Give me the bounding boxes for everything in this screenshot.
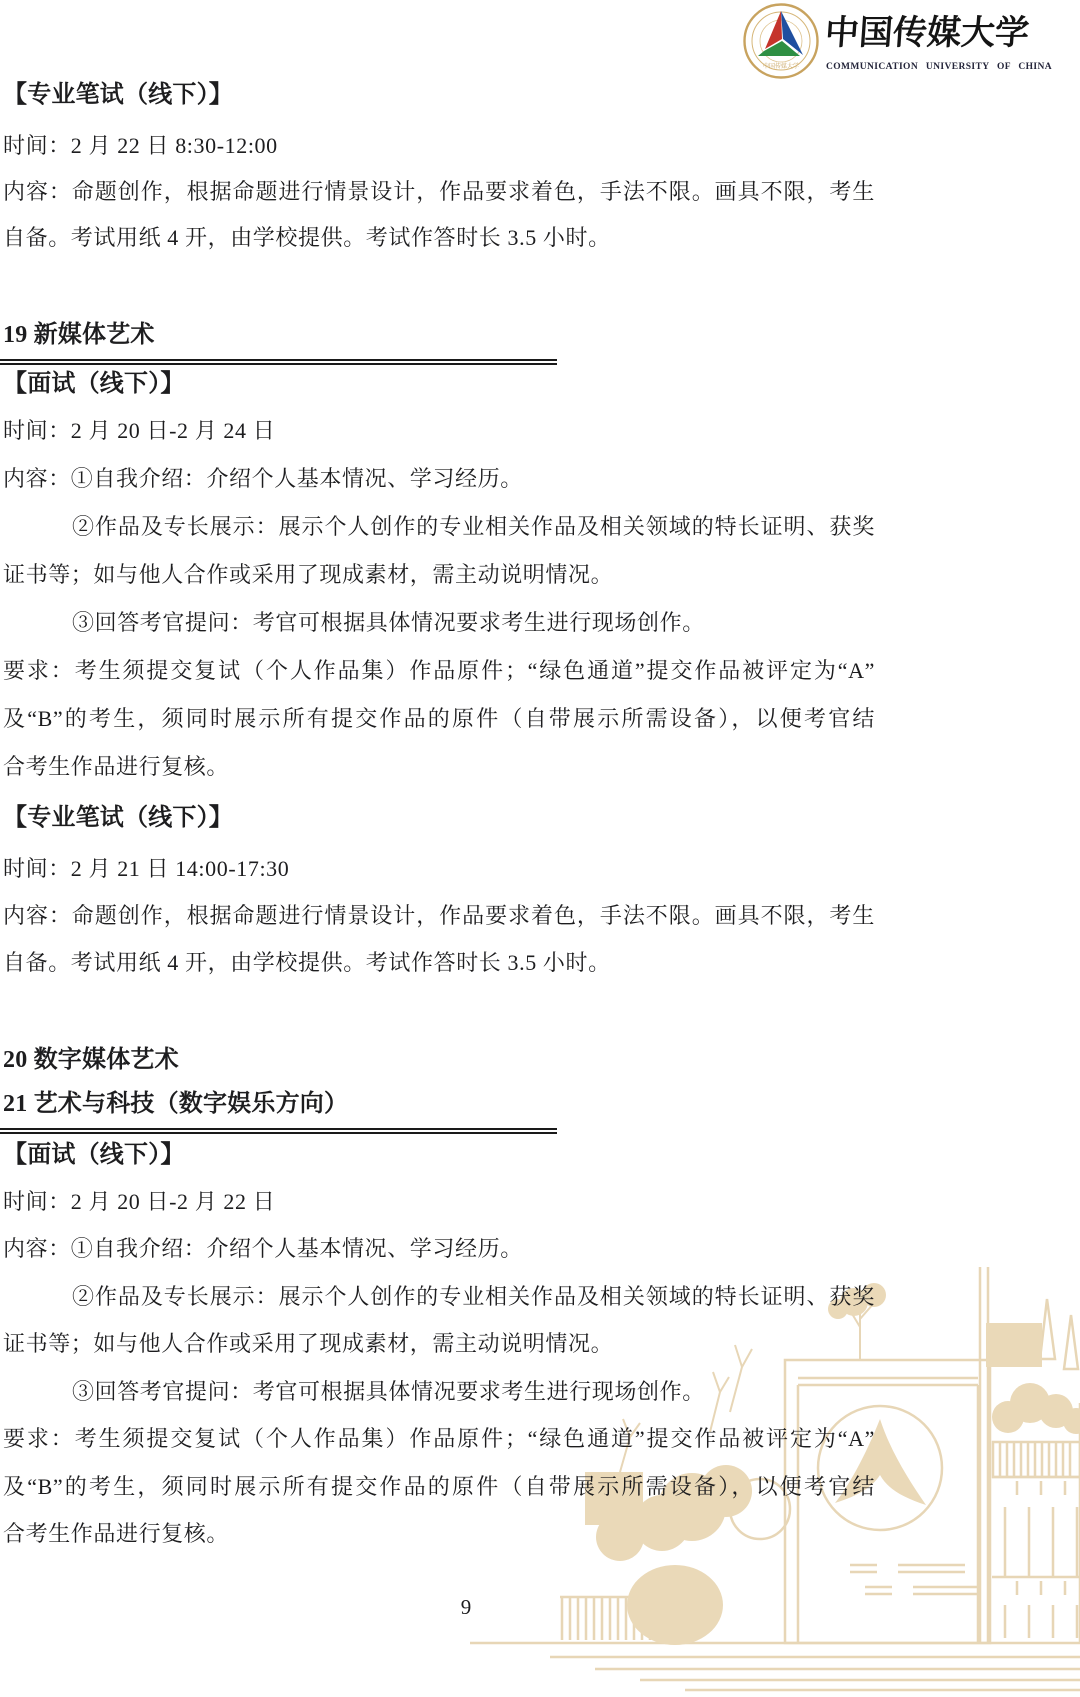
page-number: 9 [0,1595,932,1620]
m19-interview-content-2: ②作品及专长展示：展示个人创作的专业相关作品及相关领域的特长证明、获奖 [3,511,875,543]
m19-written-content-1: 内容：命题创作，根据命题进行情景设计，作品要求着色，手法不限。画具不限，考生 [3,900,875,932]
m21-interview-req-1: 要求：考生须提交复试（个人作品集）作品原件；“绿色通道”提交作品被评定为“A” [3,1423,875,1455]
double-rule [0,1128,557,1134]
m19-written-heading: 【专业笔试（线下）】 [3,801,875,835]
m19-written-content-2: 自备。考试用纸 4 开，由学校提供。考试作答时长 3.5 小时。 [3,947,875,979]
svg-text:中国传媒大学: 中国传媒大学 [763,62,799,70]
m21-interview-time: 时间：2 月 20 日-2 月 22 日 [3,1186,875,1218]
written-top-content-2: 自备。考试用纸 4 开，由学校提供。考试作答时长 3.5 小时。 [3,222,875,254]
written-top-time: 时间：2 月 22 日 8:30-12:00 [3,130,875,162]
m19-interview-req-2: 及“B”的考生，须同时展示所有提交作品的原件（自带展示所需设备），以便考官结 [3,703,875,735]
m19-interview-content-1: 内容：①自我介绍：介绍个人基本情况、学习经历。 [3,463,875,495]
m19-interview-heading: 【面试（线下）】 [3,367,875,401]
m19-interview-content-4: ③回答考官提问：考官可根据具体情况要求考生进行现场创作。 [3,607,875,639]
m19-interview-content-3: 证书等；如与他人合作或采用了现成素材，需主动说明情况。 [3,559,875,591]
major-20-heading: 20 数字媒体艺术 [3,1043,875,1077]
major-21-heading: 21 艺术与科技（数字娱乐方向） [3,1087,875,1121]
cuc-seal-icon: 中国传媒大学 [742,2,820,80]
m21-interview-content-2: ②作品及专长展示：展示个人创作的专业相关作品及相关领域的特长证明、获奖 [3,1281,875,1313]
university-logo: 中国传媒大学 中国传媒大学 COMMUNICATION UNIVERSITY O… [742,2,1032,80]
major-19-heading: 19 新媒体艺术 [3,318,875,352]
m21-interview-content-3: 证书等；如与他人合作或采用了现成素材，需主动说明情况。 [3,1328,875,1360]
m19-written-time: 时间：2 月 21 日 14:00-17:30 [3,853,875,885]
m21-interview-req-3: 合考生作品进行复核。 [3,1518,875,1550]
double-rule [0,359,557,365]
document-page: 中国传媒大学 中国传媒大学 COMMUNICATION UNIVERSITY O… [0,0,1080,1697]
m19-interview-time: 时间：2 月 20 日-2 月 24 日 [3,415,875,447]
m21-interview-req-2: 及“B”的考生，须同时展示所有提交作品的原件（自带展示所需设备），以便考官结 [3,1471,875,1503]
written-top-heading: 【专业笔试（线下）】 [3,78,875,112]
m21-interview-heading: 【面试（线下）】 [3,1138,875,1172]
university-name-cn: 中国传媒大学 [823,10,1026,58]
written-top-content-1: 内容：命题创作，根据命题进行情景设计，作品要求着色，手法不限。画具不限，考生 [3,176,875,208]
university-name-en: COMMUNICATION UNIVERSITY OF CHINA [826,62,1026,72]
m21-interview-content-1: 内容：①自我介绍：介绍个人基本情况、学习经历。 [3,1233,875,1265]
m19-interview-req-3: 合考生作品进行复核。 [3,751,875,783]
m19-interview-req-1: 要求：考生须提交复试（个人作品集）作品原件；“绿色通道”提交作品被评定为“A” [3,655,875,687]
m21-interview-content-4: ③回答考官提问：考官可根据具体情况要求考生进行现场创作。 [3,1376,875,1408]
